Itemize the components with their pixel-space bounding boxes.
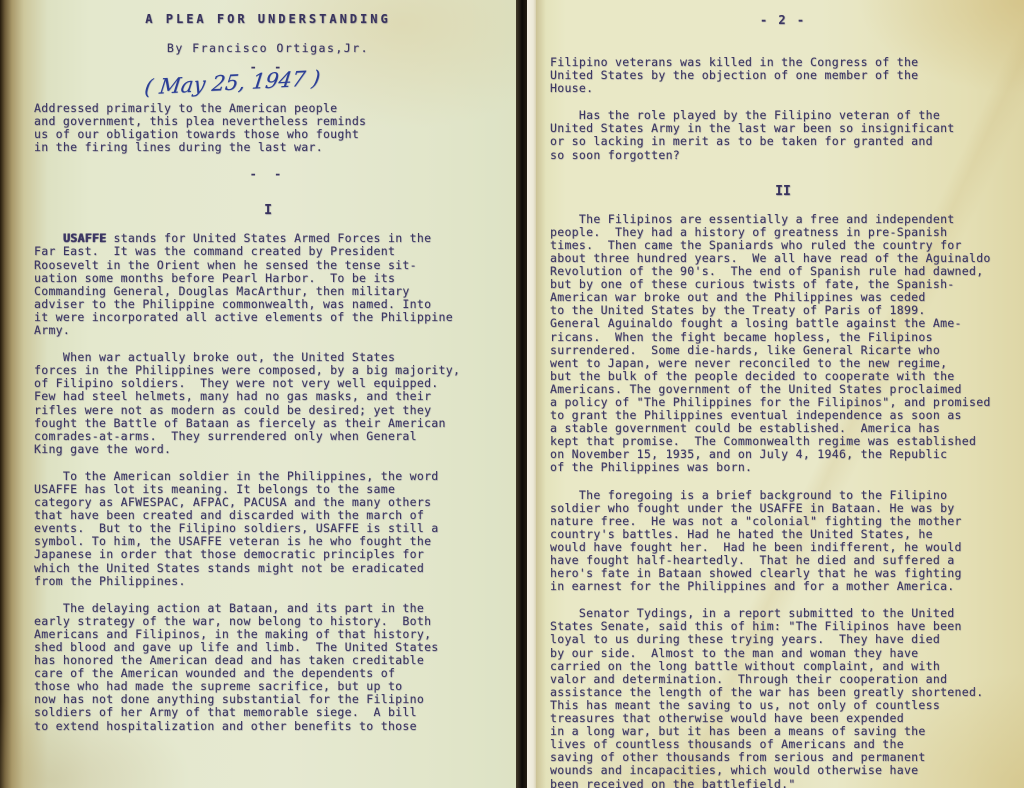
divider-dashes: - -	[34, 167, 502, 181]
page-2-content: - 2 - Filipino veterans was killed in th…	[550, 7, 1016, 788]
paragraph-veterans-bill: Filipino veterans was killed in the Cong…	[550, 56, 1016, 95]
intro-note: Addressed primarily to the American peop…	[34, 102, 502, 154]
paragraph-foregoing-background: The foregoing is a brief background to t…	[550, 489, 1016, 594]
page-gap	[527, 0, 536, 788]
paragraph-text: stands for United States Armed Forces in…	[34, 231, 453, 337]
paragraph-usaffe: USAFFE stands for United States Armed Fo…	[34, 232, 502, 337]
page-1-content: A PLEA FOR UNDERSTANDING By Francisco Or…	[34, 7, 502, 733]
paragraph-war-broke-out: When war actually broke out, the United …	[34, 351, 502, 456]
page-gap-shadow	[516, 0, 527, 788]
document-title: A PLEA FOR UNDERSTANDING	[34, 12, 502, 26]
paragraph-american-soldier: To the American soldier in the Philippin…	[34, 470, 502, 588]
section-heading-one: I	[34, 203, 502, 218]
section-heading-two: II	[550, 184, 1016, 199]
document-scan: A PLEA FOR UNDERSTANDING By Francisco Or…	[0, 0, 1024, 788]
paragraph-delaying-action: The delaying action at Bataan, and its p…	[34, 602, 502, 733]
page-2: - 2 - Filipino veterans was killed in th…	[536, 0, 1024, 788]
paragraph-senator-tydings: Senator Tydings, in a report submitted t…	[550, 607, 1016, 788]
page-number: - 2 -	[550, 13, 1016, 27]
paragraph-role-question: Has the role played by the Filipino vete…	[550, 109, 1016, 161]
page-1: A PLEA FOR UNDERSTANDING By Francisco Or…	[0, 0, 516, 788]
byline: By Francisco Ortigas,Jr.	[34, 41, 502, 55]
paragraph-filipinos-history: The Filipinos are essentially a free and…	[550, 213, 1016, 475]
